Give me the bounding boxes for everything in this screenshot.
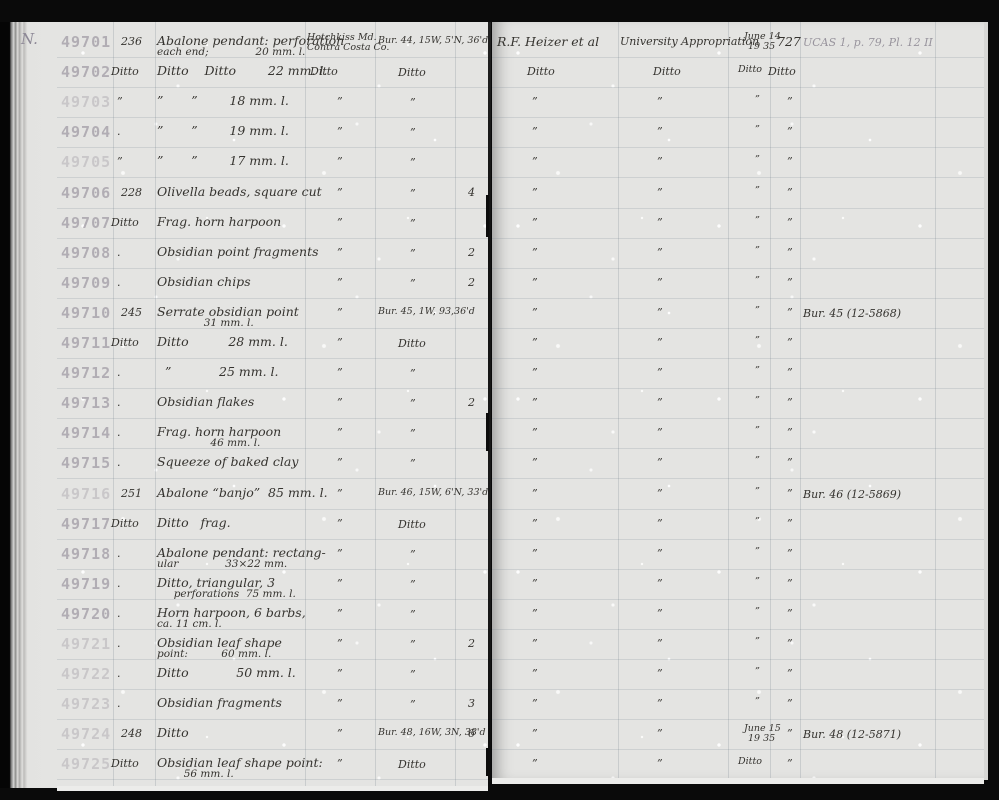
collector: ”	[532, 95, 538, 108]
reference-note: Bur. 46 (12-5869)	[803, 488, 901, 501]
burial-note: ”	[410, 457, 416, 470]
site: ”	[337, 487, 343, 500]
lot-number: 248	[121, 727, 142, 740]
accession-number: 727	[777, 35, 801, 48]
row-rule-line	[57, 689, 488, 690]
row-rule-line	[492, 418, 984, 419]
burial-note: Bur. 44, 15W, 5'N, 36'd	[378, 36, 488, 46]
date: June 1419 35	[744, 32, 781, 52]
burial-note: Bur. 46, 15W, 6'N, 33'd	[378, 488, 488, 498]
lot-number: Ditto	[111, 757, 139, 770]
lot-number: .	[117, 637, 121, 650]
fund-source: ”	[657, 517, 663, 530]
fund-source: ”	[657, 155, 663, 168]
catalog-number: 49709	[61, 274, 111, 292]
catalog-number: 49713	[61, 394, 111, 412]
site: ”	[337, 667, 343, 680]
accession-number: ”	[787, 125, 793, 138]
catalog-number: 49701	[61, 33, 111, 51]
date: ”	[755, 607, 760, 617]
seam-tick	[486, 748, 489, 776]
collector: ”	[532, 276, 538, 289]
date: ”	[755, 125, 760, 135]
lot-number: .	[117, 607, 121, 620]
burial-note: ”	[410, 638, 416, 651]
row-rule-line	[492, 629, 984, 630]
date-line: ”	[755, 366, 760, 376]
burial-note: ”	[410, 367, 416, 380]
collector: ”	[532, 487, 538, 500]
lot-number: 251	[121, 487, 142, 500]
column-rule-line	[455, 22, 456, 786]
row-rule-line	[492, 599, 984, 600]
description-line: Obsidian chips	[157, 275, 251, 288]
date-line: ”	[755, 95, 760, 105]
description: Ditto 28 mm. l.	[157, 335, 288, 348]
fund-source: ”	[657, 246, 663, 259]
site: ”	[337, 517, 343, 530]
date: ”	[755, 517, 760, 527]
column-rule-line	[618, 22, 619, 778]
description-line: 46 mm. l.	[157, 438, 281, 449]
row-rule-line	[57, 478, 488, 479]
collector: ”	[532, 246, 538, 259]
date: Ditto	[738, 757, 762, 767]
site: ”	[337, 456, 343, 469]
lot-number: ”	[117, 155, 123, 168]
right-page-side-edge	[984, 22, 988, 780]
fund-source: ”	[657, 276, 663, 289]
description-line: ular 33×22 mm.	[157, 559, 326, 570]
site-line: ”	[337, 426, 343, 439]
fund-source: ”	[657, 426, 663, 439]
row-rule-line	[57, 238, 488, 239]
date-line: ”	[755, 155, 760, 165]
site-line: ”	[337, 637, 343, 650]
column-rule-line	[375, 22, 376, 786]
row-rule-line	[57, 147, 488, 148]
left-page-bottom-edge	[57, 786, 488, 791]
catalog-number: 49711	[61, 334, 111, 352]
site-line: ”	[337, 125, 343, 138]
burial-note: Ditto	[398, 518, 426, 531]
description-line: Ditto, triangular, 3	[157, 576, 296, 589]
fund-source: ”	[657, 607, 663, 620]
site-line: Contra Costa Co.	[307, 43, 389, 53]
description-line: Ditto frag.	[157, 516, 231, 529]
row-rule-line	[492, 478, 984, 479]
description: Obsidian leaf shape point: 56 mm. l.	[157, 756, 323, 780]
fund-source: ”	[657, 95, 663, 108]
description: ” ” 17 mm. l.	[157, 154, 289, 167]
site-line: Ditto	[310, 65, 338, 78]
fund-source: ”	[657, 757, 663, 770]
date: ”	[755, 155, 760, 165]
row-rule-line	[57, 509, 488, 510]
description-line: point: 60 mm. l.	[157, 649, 282, 660]
fund-source: University Appropriation	[620, 35, 759, 48]
collector: Ditto	[527, 65, 555, 78]
fund-source: ”	[657, 306, 663, 319]
catalog-number: 49718	[61, 545, 111, 563]
left-page: 49701236Abalone pendant: perforationeach…	[57, 22, 488, 786]
catalog-number: 49710	[61, 304, 111, 322]
site: ”	[337, 727, 343, 740]
site: ”	[337, 697, 343, 710]
row-rule-line	[492, 177, 984, 178]
fund-source: Ditto	[653, 65, 681, 78]
row-rule-line	[57, 208, 488, 209]
row-rule-line	[57, 87, 488, 88]
date: ”	[755, 366, 760, 376]
description-line: Ditto Ditto 22 mm. l.	[157, 64, 327, 77]
date: ”	[755, 336, 760, 346]
description: Squeeze of baked clay	[157, 455, 298, 468]
catalog-number: 49715	[61, 454, 111, 472]
accession-number: ”	[787, 697, 793, 710]
collector: ”	[532, 577, 538, 590]
date: ”	[755, 577, 760, 587]
fund-source: ”	[657, 186, 663, 199]
accession-number: ”	[787, 456, 793, 469]
site-line: ”	[337, 456, 343, 469]
fund-source: ”	[657, 456, 663, 469]
date: ”	[755, 426, 760, 436]
lot-number: .	[117, 366, 121, 379]
burial-note: ”	[410, 96, 416, 109]
catalog-number: 49722	[61, 665, 111, 683]
site-line: ”	[337, 517, 343, 530]
page-seam	[488, 22, 491, 782]
lot-number: .	[117, 125, 121, 138]
fund-source: ”	[657, 125, 663, 138]
row-rule-line	[492, 268, 984, 269]
description-line: Abalone pendant: rectang-	[157, 546, 326, 559]
site-line: ”	[337, 727, 343, 740]
lot-number: 236	[121, 35, 142, 48]
date-line: ”	[755, 456, 760, 466]
burial-note: ”	[410, 608, 416, 621]
burial-note: Ditto	[398, 66, 426, 79]
row-rule-line	[57, 268, 488, 269]
collector: ”	[532, 216, 538, 229]
row-rule-line	[492, 117, 984, 118]
collector: ”	[532, 396, 538, 409]
collector: ”	[532, 727, 538, 740]
site: ”	[337, 306, 343, 319]
lot-number: .	[117, 667, 121, 680]
description-line: Serrate obsidian point	[157, 305, 299, 318]
site: ”	[337, 95, 343, 108]
burial-note: ”	[410, 217, 416, 230]
catalog-number: 49703	[61, 93, 111, 111]
site-line: ”	[337, 757, 343, 770]
site-line: ”	[337, 577, 343, 590]
burial-note: ”	[410, 156, 416, 169]
row-rule-line	[57, 298, 488, 299]
collector: ”	[532, 757, 538, 770]
burial-note: ”	[410, 397, 416, 410]
accession-number: ”	[787, 95, 793, 108]
row-rule-line	[57, 388, 488, 389]
catalog-number: 49704	[61, 123, 111, 141]
accession-number: Ditto	[768, 65, 796, 78]
row-rule-line	[492, 569, 984, 570]
site-line: ”	[337, 697, 343, 710]
date-line: ”	[755, 336, 760, 346]
date-line: ”	[755, 216, 760, 226]
description: Frag. horn harpoon	[157, 215, 281, 228]
lot-number: .	[117, 547, 121, 560]
description-line: Obsidian point fragments	[157, 245, 319, 258]
row-rule-line	[492, 358, 984, 359]
site-line: ”	[337, 186, 343, 199]
description: Horn harpoon, 6 barbs,ca. 11 cm. l.	[157, 606, 306, 630]
description: Ditto, triangular, 3 perforations 75 mm.…	[157, 576, 296, 600]
description: Abalone pendant: rectang-ular 33×22 mm.	[157, 546, 326, 570]
date-year: 19 35	[744, 42, 781, 52]
date-line: ”	[755, 637, 760, 647]
fund-source: ”	[657, 577, 663, 590]
site-line: ”	[337, 667, 343, 680]
site: ”	[337, 125, 343, 138]
row-rule-line	[492, 298, 984, 299]
row-rule-line	[57, 719, 488, 720]
reference-note: Bur. 45 (12-5868)	[803, 307, 901, 320]
accession-number: ”	[787, 667, 793, 680]
site: ”	[337, 637, 343, 650]
catalog-number: 49717	[61, 515, 111, 533]
collector: ”	[532, 366, 538, 379]
lot-number: Ditto	[111, 216, 139, 229]
collector: ”	[532, 426, 538, 439]
row-rule-line	[57, 117, 488, 118]
collector: ”	[532, 637, 538, 650]
collector: ”	[532, 336, 538, 349]
description: ” 25 mm. l.	[157, 365, 279, 378]
row-rule-line	[492, 689, 984, 690]
seam-tick	[486, 195, 489, 237]
accession-number: ”	[787, 246, 793, 259]
fund-source: ”	[657, 667, 663, 680]
date: ”	[755, 216, 760, 226]
site: ”	[337, 577, 343, 590]
description: Ditto	[157, 726, 189, 739]
accession-number: ”	[787, 517, 793, 530]
site: ”	[337, 426, 343, 439]
description-line: ” 25 mm. l.	[157, 365, 279, 378]
site-line: ”	[337, 216, 343, 229]
site-line: ”	[337, 95, 343, 108]
burial-note: ”	[410, 427, 416, 440]
accession-number: ”	[787, 577, 793, 590]
site-line: ”	[337, 306, 343, 319]
lot-number: ”	[117, 95, 123, 108]
description-line: ” ” 19 mm. l.	[157, 124, 289, 137]
description: Olivella beads, square cut	[157, 185, 322, 198]
site-line: ”	[337, 155, 343, 168]
row-rule-line	[492, 57, 984, 58]
lot-number: Ditto	[111, 336, 139, 349]
date-line: ”	[755, 667, 760, 677]
column-rule-line	[113, 22, 114, 786]
site-line: ”	[337, 246, 343, 259]
row-rule-line	[492, 147, 984, 148]
row-rule-line	[57, 418, 488, 419]
catalog-number: 49716	[61, 485, 111, 503]
row-rule-line	[492, 749, 984, 750]
lot-number: .	[117, 456, 121, 469]
site-line: ”	[337, 487, 343, 500]
date: ”	[755, 456, 760, 466]
reference-note: UCAS 1, p. 79, Pl. 12 II	[803, 36, 933, 49]
date-line: Ditto	[738, 65, 762, 75]
lot-number: .	[117, 396, 121, 409]
accession-number: ”	[787, 547, 793, 560]
description: Obsidian point fragments	[157, 245, 319, 258]
burial-note: ”	[410, 698, 416, 711]
site: ”	[337, 276, 343, 289]
right-page: R.F. Heizer et alUniversity Appropriatio…	[492, 22, 984, 778]
fund-source: ”	[657, 396, 663, 409]
row-rule-line	[492, 509, 984, 510]
column-rule-line	[305, 22, 306, 786]
date-line: ”	[755, 487, 760, 497]
description: Obsidian flakes	[157, 395, 254, 408]
quantity: 4	[468, 186, 475, 199]
description: Abalone “banjo” 85 mm. l.	[157, 486, 328, 499]
catalog-number: 49725	[61, 755, 111, 773]
date: ”	[755, 95, 760, 105]
date-line: ”	[755, 306, 760, 316]
date-line: ”	[755, 396, 760, 406]
description: Obsidian chips	[157, 275, 251, 288]
description-line: Abalone “banjo” 85 mm. l.	[157, 486, 328, 499]
accession-number: ”	[787, 336, 793, 349]
collector: ”	[532, 667, 538, 680]
date: ”	[755, 487, 760, 497]
description-line: 56 mm. l.	[157, 769, 323, 780]
lot-number: Ditto	[111, 65, 139, 78]
accession-number: ”	[787, 306, 793, 319]
burial-note: ”	[410, 277, 416, 290]
date-line: ”	[755, 517, 760, 527]
reference-note: Bur. 48 (12-5871)	[803, 728, 901, 741]
description-line: Frag. horn harpoon	[157, 215, 281, 228]
site-line: ”	[337, 607, 343, 620]
fund-source: ”	[657, 336, 663, 349]
column-rule-line	[935, 22, 936, 778]
lot-number: .	[117, 697, 121, 710]
collector: ”	[532, 186, 538, 199]
lot-number: 245	[121, 306, 142, 319]
site: ”	[337, 155, 343, 168]
collector: ”	[532, 155, 538, 168]
catalog-number: 49714	[61, 424, 111, 442]
site: ”	[337, 396, 343, 409]
lot-number: .	[117, 577, 121, 590]
row-rule-line	[492, 659, 984, 660]
lot-number: .	[117, 246, 121, 259]
site-line: ”	[337, 396, 343, 409]
accession-number: ”	[787, 637, 793, 650]
site: Hotchkiss Md.Contra Costa Co.	[307, 33, 389, 53]
date-line: ”	[755, 607, 760, 617]
burial-note: ”	[410, 247, 416, 260]
lot-number: 228	[121, 186, 142, 199]
row-rule-line	[492, 539, 984, 540]
accession-number: ”	[787, 396, 793, 409]
site-line: ”	[337, 276, 343, 289]
description-line: ” ” 17 mm. l.	[157, 154, 289, 167]
description: Obsidian leaf shapepoint: 60 mm. l.	[157, 636, 282, 660]
date: ”	[755, 276, 760, 286]
description-line: 31 mm. l.	[157, 318, 299, 329]
column-rule-line	[728, 22, 729, 778]
fund-source: ”	[657, 637, 663, 650]
margin-number-label: N.	[21, 30, 38, 48]
site: Ditto	[310, 65, 338, 78]
burial-note: ”	[410, 668, 416, 681]
burial-note: Ditto	[398, 337, 426, 350]
description: Obsidian fragments	[157, 696, 282, 709]
accession-number: ”	[787, 426, 793, 439]
column-rule-line	[155, 22, 156, 786]
date: ”	[755, 637, 760, 647]
date: ”	[755, 697, 760, 707]
fund-source: ”	[657, 366, 663, 379]
site-line: ”	[337, 336, 343, 349]
site: ”	[337, 246, 343, 259]
row-rule-line	[492, 328, 984, 329]
date: ”	[755, 547, 760, 557]
lot-number: .	[117, 426, 121, 439]
date-line: ”	[755, 246, 760, 256]
description-line: Obsidian fragments	[157, 696, 282, 709]
row-rule-line	[57, 358, 488, 359]
date: ”	[755, 306, 760, 316]
catalog-number: 49706	[61, 184, 111, 202]
description: ” ” 18 mm. l.	[157, 94, 289, 107]
description: ” ” 19 mm. l.	[157, 124, 289, 137]
accession-number: ”	[787, 216, 793, 229]
date-line: ”	[755, 426, 760, 436]
lot-number: Ditto	[111, 517, 139, 530]
row-rule-line	[492, 388, 984, 389]
description-line: Ditto	[157, 726, 189, 739]
fund-source: ”	[657, 547, 663, 560]
date-line: Ditto	[738, 757, 762, 767]
row-rule-line	[492, 238, 984, 239]
date: ”	[755, 396, 760, 406]
seam-tick	[486, 413, 489, 451]
collector: ”	[532, 607, 538, 620]
catalog-number: 49707	[61, 214, 111, 232]
fund-source: ”	[657, 697, 663, 710]
description-line: ” ” 18 mm. l.	[157, 94, 289, 107]
description-line: Ditto 50 mm. l.	[157, 666, 296, 679]
catalog-number: 49721	[61, 635, 111, 653]
catalog-number: 49705	[61, 153, 111, 171]
quantity: 3	[468, 697, 475, 710]
accession-number: ”	[787, 276, 793, 289]
description: Ditto frag.	[157, 516, 231, 529]
burial-note: ”	[410, 126, 416, 139]
quantity: 2	[468, 276, 475, 289]
quantity: 6	[468, 727, 475, 740]
date-line: ”	[755, 577, 760, 587]
date-line: ”	[755, 186, 760, 196]
